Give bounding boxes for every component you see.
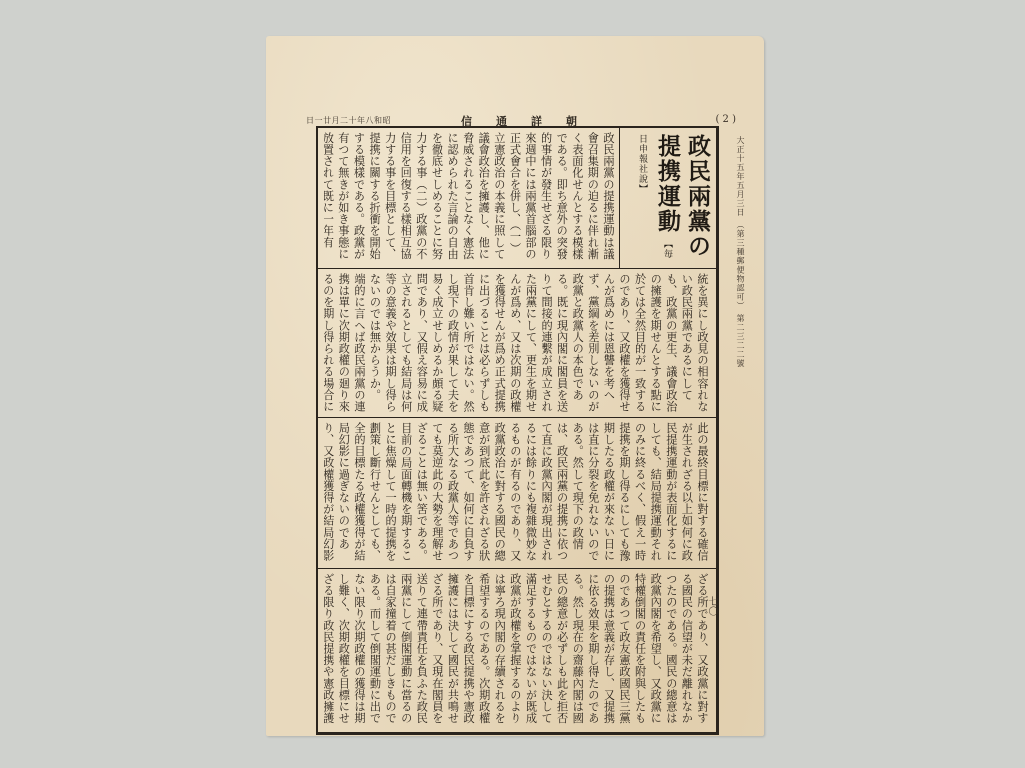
article-band-4: ざる所であり、又政黨に對する國民の信望が未だ離れなかつたのである。國民の總意は政… bbox=[318, 569, 716, 729]
column-divider bbox=[619, 128, 620, 268]
article-text-section-3: 此の最終目標に對する確信が生されざる以上如何に政民提携運動が表面化するにしても、… bbox=[324, 422, 710, 564]
newspaper-page: 日一廿月二十年八和昭 信通詳朝 ( 2 ) 政民兩黨の提携運動は議會召集期の迫る… bbox=[266, 36, 764, 736]
article-text-section-1: 政民兩黨の提携運動は議會召集期の迫るに伴れ漸く表面化せんとする模樣である。即ち意… bbox=[324, 132, 616, 264]
page-number: ( 2 ) bbox=[715, 114, 736, 125]
folio-number: 七〇 bbox=[704, 596, 719, 616]
article-title-block: 政民兩黨の提携運動 【毎日申報社說】 bbox=[624, 134, 712, 262]
article-band-1: 政民兩黨の提携運動は議會召集期の迫るに伴れ漸く表面化せんとする模樣である。即ち意… bbox=[318, 128, 716, 269]
article-band-2: 統を異にし政見の相容れない政民兩黨であるにしても、政黨の更生、議會政治の擁護を期… bbox=[318, 269, 716, 418]
article-text-section-2: 統を異にし政見の相容れない政民兩黨であるにしても、政黨の更生、議會政治の擁護を期… bbox=[324, 273, 710, 413]
header-date: 日一廿月二十年八和昭 bbox=[306, 115, 391, 126]
article-frame: 政民兩黨の提携運動は議會召集期の迫るに伴れ漸く表面化せんとする模樣である。即ち意… bbox=[316, 126, 719, 735]
article-text-section-4: ざる所であり、又政黨に對する國民の信望が未だ離れなかつたのである。國民の總意は政… bbox=[324, 573, 710, 725]
article-band-3: 此の最終目標に對する確信が生されざる以上如何に政民提携運動が表面化するにしても、… bbox=[318, 418, 716, 569]
issue-info: 大正十五年五月三日 （第三種郵便物認可） 第二三二二號 bbox=[716, 126, 746, 656]
